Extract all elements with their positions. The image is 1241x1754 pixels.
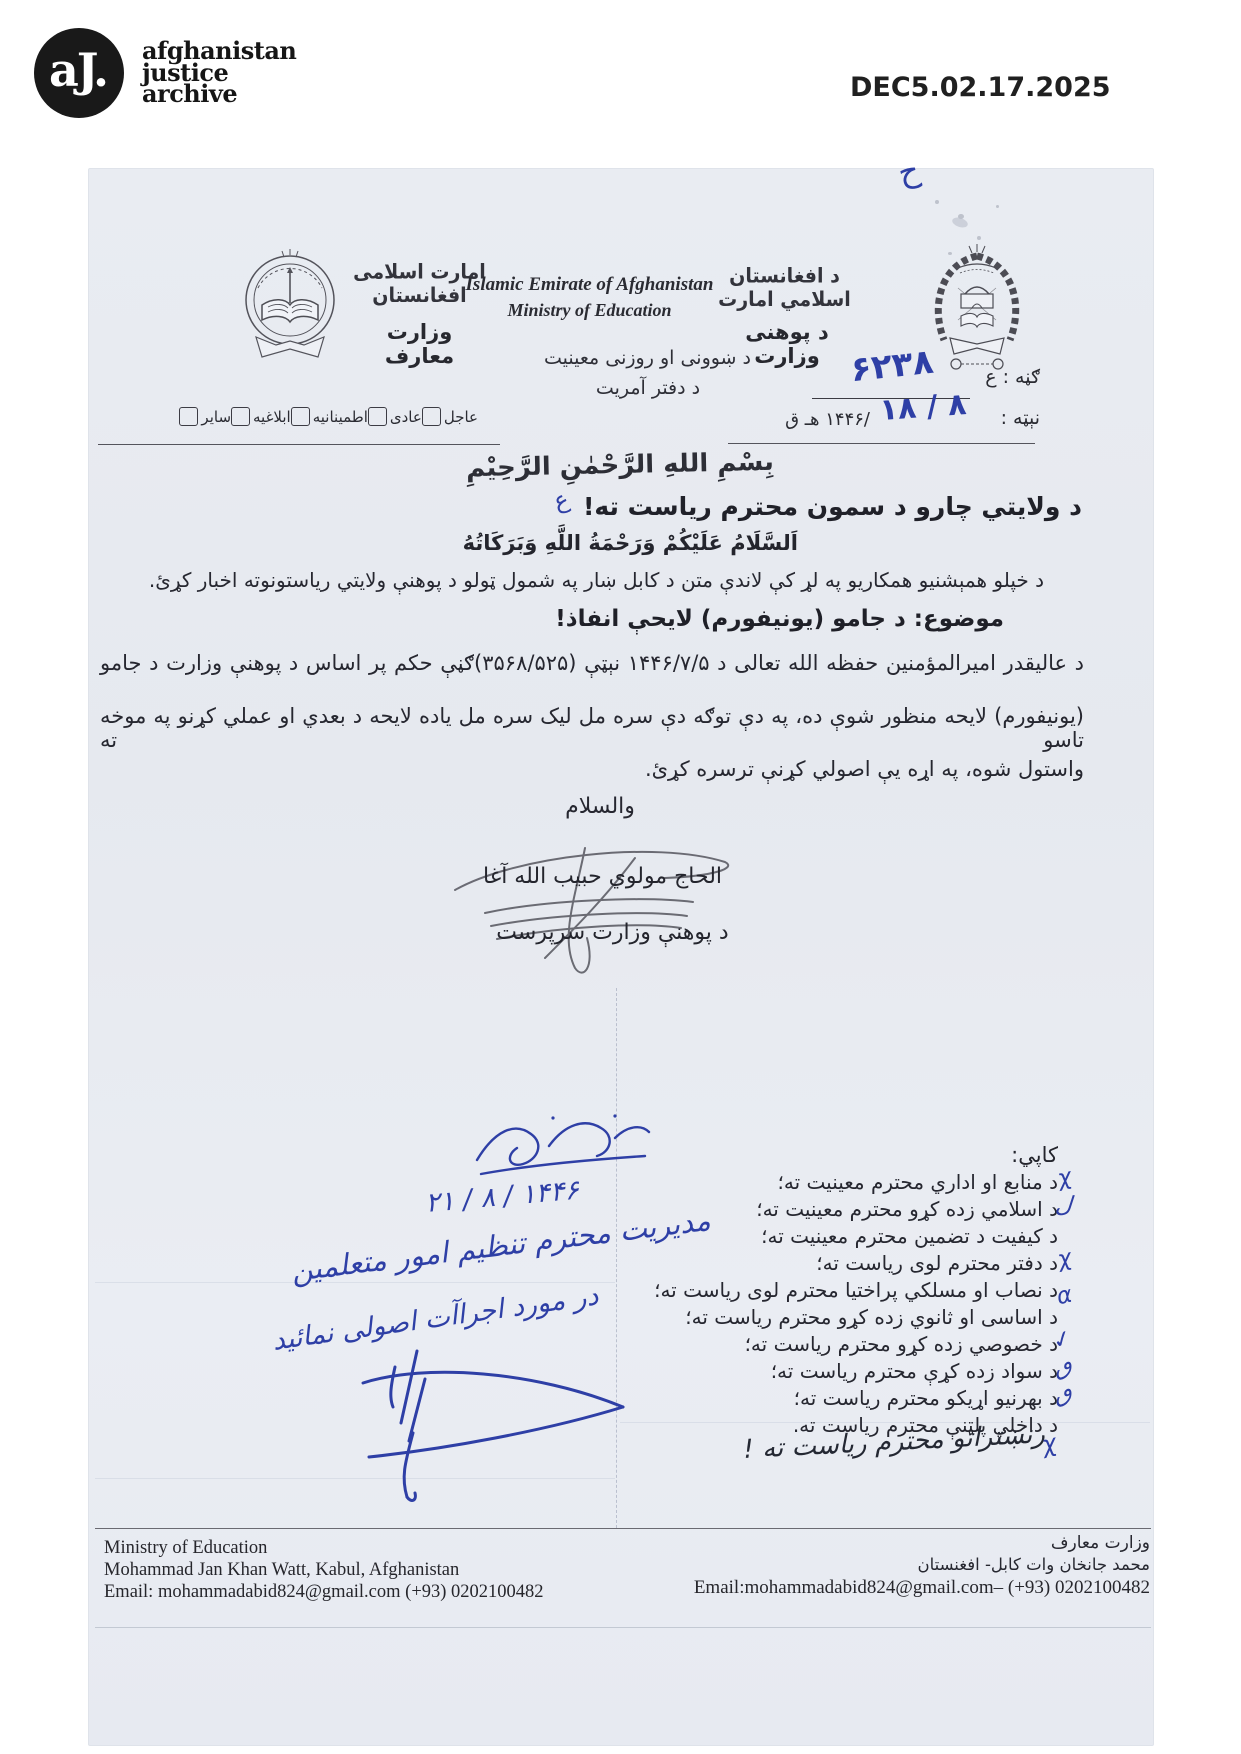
office-directorate-line: د دفتر آمریت xyxy=(568,377,728,399)
copies-item-text: د اسلامي زده کړو محترم معینیت ته؛ xyxy=(756,1197,1058,1221)
checkbox-assurance: اطمینانیه xyxy=(291,407,368,426)
scanned-letter-page: { "archive_header": { "logo_monogram": "… xyxy=(0,0,1241,1754)
body-paragraph-line3: واستول شوه، په اړه یې اصولي کړنې ترسره ک… xyxy=(100,757,1084,781)
deputy-ministry-line: د ښوونی او روزنی معینیت xyxy=(535,347,760,369)
checkbox-box xyxy=(368,407,387,426)
body-paragraph-line1: د عالیقدر امیرالمؤمنین حفظه الله تعالی د… xyxy=(100,651,1084,675)
paper-crease xyxy=(95,1282,615,1283)
handwritten-check-mark: ل xyxy=(1054,1191,1073,1219)
date-label: نېټه : xyxy=(980,407,1040,429)
signatory-name: الحاج مولوي حبیب الله آغا xyxy=(475,864,730,889)
footer-pashto-line1: وزارت معارف xyxy=(610,1532,1150,1554)
copies-item-text: د اساسی او ثانوي زده کړو محترم ریاست ته؛ xyxy=(685,1305,1058,1329)
copies-item: د نصاب او مسلکي پراختیا محترم لوی ریاست … xyxy=(598,1277,1058,1304)
checkbox-label: سایر xyxy=(201,408,231,426)
copies-item-text: د خصوصي زده کړو محترم ریاست ته؛ xyxy=(745,1332,1058,1356)
copies-item-text: د نصاب او مسلکي پراختیا محترم لوی ریاست … xyxy=(654,1278,1058,1302)
checkbox-box xyxy=(179,407,198,426)
copies-item-text: د کیفیت د تضمین محترم معینیت ته؛ xyxy=(761,1224,1058,1248)
footer-english-block: Ministry of Education Mohammad Jan Khan … xyxy=(104,1537,544,1603)
copies-item: د دفتر محترم لوی ریاست ته؛ χ xyxy=(598,1250,1058,1277)
checkbox-other: سایر xyxy=(179,407,231,426)
checkbox-notification: ابلاغیه xyxy=(231,407,291,426)
footer-pashto-line2: محمد جانخان وات کابل- افغنستان xyxy=(610,1554,1150,1576)
ministry-of-education-seal-icon xyxy=(238,243,343,365)
footer-english-line2: Mohammad Jan Khan Watt, Kabul, Afghanist… xyxy=(104,1559,544,1581)
english-letterhead: Islamic Emirate of Afghanistan Ministry … xyxy=(462,274,717,321)
signatory-title: د پوهنې وزارت سرپرست xyxy=(495,920,730,945)
subject-line: موضوع: د جامو (یونیفورم) لایحې انفاذ! xyxy=(528,606,1004,632)
checkbox-urgent: عاجل xyxy=(422,407,478,426)
header-rule-right xyxy=(728,443,1035,444)
copies-item: د خصوصي زده کړو محترم ریاست ته؛ ✓ xyxy=(598,1331,1058,1358)
copies-item: د بهرنیو اړیکو محترم ریاست ته؛ ٯ xyxy=(598,1385,1058,1412)
footer-pashto-block: وزارت معارف محمد جانخان وات کابل- افغنست… xyxy=(610,1532,1150,1599)
copies-item: د کیفیت د تضمین محترم معینیت ته؛ xyxy=(598,1223,1058,1250)
registry-number-label: ګڼه : ع xyxy=(955,366,1040,388)
archive-logo: aJ. xyxy=(34,28,124,118)
copies-item: د سواد زده کړې محترم ریاست ته؛ ٯ xyxy=(598,1358,1058,1385)
copies-item: د اسلامي زده کړو محترم معینیت ته؛ ل xyxy=(598,1196,1058,1223)
closing-word: والسلام xyxy=(520,794,680,819)
scan-noise-speck xyxy=(996,205,999,208)
checkbox-box xyxy=(231,407,250,426)
intro-line: د خپلو همېشنیو همکاریو په لړ کې لاندې مت… xyxy=(168,568,1044,592)
addressee-line: د ولایتي چارو د سمون محترم ریاست ته! xyxy=(585,492,1082,521)
body-paragraph-line2: (یونیفورم) لایحه منظور شوې ده، په دې توګ… xyxy=(100,704,1084,752)
ministry-name-arabic-left: وزارت معارف xyxy=(352,320,487,368)
footer-english-line1: Ministry of Education xyxy=(104,1537,544,1559)
checkbox-label: ابلاغیه xyxy=(253,408,291,426)
header-rule-left xyxy=(98,444,500,445)
copies-item-text: د بهرنیو اړیکو محترم ریاست ته؛ xyxy=(794,1386,1058,1410)
date-printed-year: /۱۴۴۶ هـ ق xyxy=(755,409,870,430)
calligraphy-emirate-right: د افغانستان اسلامي امارت xyxy=(697,265,872,312)
footer-english-line3: Email: mohammadabid824@gmail.com (+93) 0… xyxy=(104,1581,544,1603)
footer-pashto-line3: Email:mohammadabid824@gmail.com– (+93) 0… xyxy=(610,1576,1150,1599)
copies-item: د منابع او اداري محترم معینیت ته؛ χ xyxy=(598,1169,1058,1196)
copies-item-text: د دفتر محترم لوی ریاست ته؛ xyxy=(816,1251,1058,1275)
archive-logo-line3: archive xyxy=(142,83,296,105)
document-code: DEC5.02.17.2025 xyxy=(850,72,1042,103)
checkbox-label: عاجل xyxy=(444,408,478,426)
checkbox-ordinary: عادی xyxy=(368,407,422,426)
copies-item-text: د سواد زده کړې محترم ریاست ته؛ xyxy=(771,1359,1058,1383)
english-title-line1: Islamic Emirate of Afghanistan xyxy=(462,274,717,296)
classification-checkbox-row: عاجل عادی اطمینانیه ابلاغیه سایر xyxy=(202,407,478,426)
checkbox-box xyxy=(291,407,310,426)
copies-item-text: د منابع او اداري محترم معینیت ته؛ xyxy=(778,1170,1058,1194)
archive-logo-monogram: aJ. xyxy=(49,43,107,97)
copies-label: کاپي: xyxy=(598,1142,1058,1169)
salutation-line: اَلسَّلَامُ عَلَيْكُمْ وَرَحْمَةُ اللَّه… xyxy=(468,531,798,555)
signature-scribble xyxy=(425,818,755,983)
copies-item: د اساسی او ثانوي زده کړو محترم ریاست ته؛ xyxy=(598,1304,1058,1331)
checkbox-label: عادی xyxy=(390,408,422,426)
checkbox-label: اطمینانیه xyxy=(313,408,368,426)
footer-rule-bottom xyxy=(95,1627,1151,1628)
footer-rule-top xyxy=(95,1528,1151,1529)
scan-noise-speck xyxy=(935,200,939,204)
copies-list: کاپي: د منابع او اداري محترم معینیت ته؛ … xyxy=(598,1142,1058,1439)
archive-logo-wordmark: afghanistan justice archive xyxy=(142,40,296,105)
checkbox-box xyxy=(422,407,441,426)
english-title-line2: Ministry of Education xyxy=(462,300,717,321)
